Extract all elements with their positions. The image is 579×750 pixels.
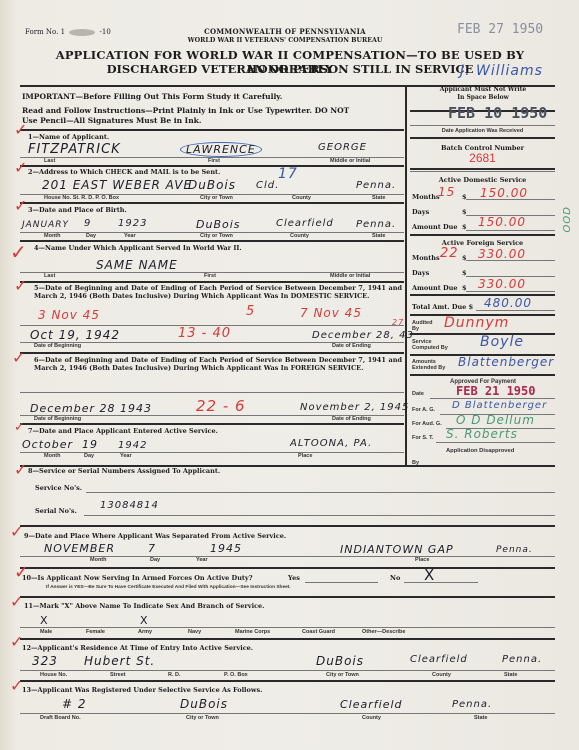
q3-year-caption: Year bbox=[124, 233, 136, 239]
ag-label: For A. G. bbox=[412, 407, 435, 413]
domestic-heading: Active Domestic Service bbox=[410, 176, 555, 184]
rule bbox=[20, 129, 404, 131]
form-paper: Form No. 1 -10 COMMONWEALTH OF PENNSYLVA… bbox=[0, 0, 579, 750]
rule bbox=[84, 515, 555, 516]
q12-rd-caption: R. D. bbox=[168, 672, 181, 678]
rule bbox=[20, 713, 555, 714]
instruction-important: IMPORTANT—Before Filling Out This Form S… bbox=[22, 92, 282, 101]
q11-option-coast-guard: Coast Guard bbox=[302, 629, 335, 635]
domestic-months-value: 15 bbox=[438, 185, 455, 199]
form-title-line-2: DISCHARGED VETERAN OR PERSON STILL IN SE… bbox=[100, 62, 480, 76]
q10-yes-input[interactable] bbox=[305, 582, 378, 583]
foreign-months-label: Months bbox=[412, 254, 440, 262]
q7-year[interactable]: 1942 bbox=[118, 440, 147, 451]
check-mark-icon: ✓ bbox=[14, 460, 27, 479]
q10-no-label: No bbox=[390, 574, 400, 582]
q3-state[interactable]: Penna. bbox=[356, 219, 396, 230]
q3-day[interactable]: 9 bbox=[84, 218, 91, 229]
domestic-months-amount: 150.00 bbox=[480, 186, 528, 200]
q13-county-caption: County bbox=[362, 715, 381, 721]
domestic-amount-label: Amount Due bbox=[412, 223, 457, 231]
form-suffix: -10 bbox=[100, 28, 111, 36]
union-bug-icon bbox=[69, 29, 95, 36]
q2-county-caption: County bbox=[292, 195, 311, 201]
q9-label: 9—Date and Place Where Applicant Was Sep… bbox=[24, 532, 286, 540]
instruction-pencil: Use Pencil—All Signatures Must Be in Ink… bbox=[22, 116, 201, 125]
q7-day-caption: Day bbox=[84, 453, 94, 459]
extended-label: Amounts Extended By bbox=[412, 359, 452, 371]
received-caption: Date Application Was Received bbox=[410, 128, 555, 134]
st-signature: S. Roberts bbox=[446, 427, 518, 441]
q4-served-name[interactable]: SAME NAME bbox=[96, 258, 178, 272]
check-mark-icon: ✓ bbox=[10, 240, 27, 264]
q5-end-caption: Date of Ending bbox=[332, 343, 371, 349]
rule bbox=[20, 165, 404, 167]
q13-state-caption: State bbox=[474, 715, 487, 721]
domestic-months-label: Months bbox=[412, 193, 440, 201]
q3-label: 3—Date and Place of Birth. bbox=[28, 206, 127, 214]
org-line-2: WORLD WAR II VETERANS' COMPENSATION BURE… bbox=[140, 37, 430, 44]
rule bbox=[20, 596, 555, 598]
ag-signature: D Blattenberger bbox=[452, 400, 547, 411]
q4-last-caption: Last bbox=[44, 273, 55, 279]
rule bbox=[466, 291, 555, 292]
total-amount: 480.00 bbox=[484, 296, 532, 310]
q11-mark-army[interactable]: X bbox=[140, 614, 149, 627]
top-date-stamp: FEB 27 1950 bbox=[457, 22, 543, 37]
q9-year-caption: Year bbox=[196, 557, 208, 563]
q12-state-caption: State bbox=[504, 672, 517, 678]
q7-day[interactable]: 19 bbox=[82, 438, 98, 451]
q8-service-label: Service No's. bbox=[35, 484, 82, 492]
rule bbox=[410, 374, 555, 376]
rule bbox=[430, 398, 555, 399]
check-mark-icon: ✓ bbox=[14, 158, 27, 177]
instruction-read: Read and Follow Instructions—Print Plain… bbox=[22, 106, 349, 115]
domestic-days-label: Days bbox=[412, 208, 429, 216]
q12-city[interactable]: DuBois bbox=[316, 654, 364, 668]
received-date-stamp: FEB 10 1950 bbox=[448, 104, 547, 122]
foreign-months-amount: 330.00 bbox=[478, 247, 526, 261]
rule bbox=[20, 392, 404, 393]
q7-month-caption: Month bbox=[44, 453, 61, 459]
extended-signature: Blattenberger bbox=[458, 355, 554, 369]
q13-board[interactable]: # 2 bbox=[62, 697, 87, 711]
rule bbox=[410, 168, 555, 170]
q5-begin-date[interactable]: Oct 19, 1942 bbox=[30, 328, 120, 342]
office-heading-2: In Space Below bbox=[408, 94, 558, 101]
q7-place[interactable]: ALTOONA, PA. bbox=[290, 438, 372, 449]
q2-label: 2—Address to Which CHECK and MAIL is to … bbox=[28, 168, 220, 176]
rule bbox=[410, 294, 555, 296]
q8-serial-label: Serial No's. bbox=[35, 507, 77, 515]
q2-city[interactable]: DuBois bbox=[188, 178, 236, 192]
rule bbox=[20, 352, 404, 354]
q1-middle-caption: Middle or Initial bbox=[330, 158, 370, 164]
q3-city[interactable]: DuBois bbox=[196, 218, 241, 231]
q9-place[interactable]: INDIANTOWN GAP bbox=[340, 543, 454, 556]
q2-state-caption: State bbox=[372, 195, 385, 201]
q10-no-mark: X bbox=[424, 566, 435, 584]
q12-city-caption: City or Town bbox=[326, 672, 359, 678]
rule bbox=[466, 199, 555, 200]
q10-label: 10—Is Applicant Now Serving In Armed For… bbox=[22, 574, 253, 582]
q11-mark-male[interactable]: X bbox=[40, 614, 49, 627]
q12-house[interactable]: 323 bbox=[32, 654, 58, 668]
q1-last-caption: Last bbox=[44, 158, 55, 164]
rule bbox=[20, 202, 404, 204]
org-line-1: COMMONWEALTH OF PENNSYLVANIA bbox=[150, 27, 420, 36]
approved-date-stamp: FEB 21 1950 bbox=[456, 384, 535, 398]
q7-label: 7—Date and Place Applicant Entered Activ… bbox=[28, 427, 218, 435]
q6-begin-date[interactable]: December 28 1943 bbox=[30, 402, 152, 415]
q4-first-caption: First bbox=[204, 273, 216, 279]
check-mark-icon: ✓ bbox=[14, 276, 27, 295]
audited-label: Audited By bbox=[412, 320, 438, 332]
q12-state[interactable]: Penna. bbox=[502, 654, 542, 665]
rule bbox=[20, 638, 555, 640]
q3-month[interactable]: JANUARY bbox=[22, 220, 69, 230]
q11-option-army: Army bbox=[138, 629, 152, 635]
q5-begin-caption: Date of Beginning bbox=[34, 343, 81, 349]
q8-serial-value[interactable]: 13084814 bbox=[100, 500, 159, 511]
domestic-amount-value: 150.00 bbox=[478, 215, 526, 229]
q6-end-date[interactable]: November 2, 1945 bbox=[300, 402, 409, 413]
q7-month[interactable]: October bbox=[22, 438, 73, 451]
check-mark-icon: ✓ bbox=[14, 420, 25, 435]
foreign-days-label: Days bbox=[412, 269, 429, 277]
rule bbox=[410, 125, 555, 126]
total-label: Total Amt. Due $ bbox=[412, 303, 473, 311]
q6-begin-caption: Date of Beginning bbox=[34, 416, 81, 422]
q3-month-caption: Month bbox=[44, 233, 61, 239]
rule bbox=[20, 240, 404, 242]
rule bbox=[20, 567, 555, 569]
q11-option-male: Male bbox=[40, 629, 52, 635]
q2-margin-note: 17 bbox=[278, 166, 298, 182]
q6-label: 6—Date of Beginning and Date of Ending o… bbox=[34, 356, 402, 372]
q10-note: If Answer is YES—Be Sure To Have Certifi… bbox=[46, 585, 291, 590]
q2-street[interactable]: 201 EAST WEBER AVE bbox=[42, 178, 192, 192]
q13-city-caption: City or Town bbox=[186, 715, 219, 721]
check-mark-icon: ✓ bbox=[10, 522, 23, 541]
rule bbox=[410, 137, 555, 139]
approved-date-label: Date bbox=[412, 391, 424, 397]
q2-county[interactable]: Cld. bbox=[256, 180, 279, 191]
rule bbox=[20, 423, 404, 425]
q2-city-caption: City or Town bbox=[200, 195, 233, 201]
q5-note-right: 7 Nov 45 bbox=[300, 306, 362, 320]
q3-city-caption: City or Town bbox=[200, 233, 233, 239]
q1-first-name[interactable]: LAWRENCE bbox=[180, 142, 262, 157]
computed-label: Service Computed By bbox=[412, 339, 448, 351]
q11-option-marine-corps: Marine Corps bbox=[235, 629, 270, 635]
check-mark-icon: ✓ bbox=[12, 348, 25, 367]
rule bbox=[476, 310, 555, 311]
q10-no-input[interactable] bbox=[404, 582, 478, 583]
q11-option-female: Female bbox=[86, 629, 105, 635]
computed-signature: Boyle bbox=[480, 334, 524, 350]
disapproved-label: Application Disapproved bbox=[446, 448, 514, 454]
foreign-amount-label: Amount Due bbox=[412, 284, 457, 292]
margin-note: OOD bbox=[562, 206, 573, 232]
q12-county-caption: County bbox=[432, 672, 451, 678]
q10-yes-label: Yes bbox=[288, 574, 300, 582]
q3-day-caption: Day bbox=[86, 233, 96, 239]
check-mark-icon: ✓ bbox=[14, 120, 27, 139]
q5-calc: 13 - 40 bbox=[178, 326, 231, 341]
q12-house-caption: House No. bbox=[40, 672, 67, 678]
q12-label: 12—Applicant's Residence At Time of Entr… bbox=[22, 644, 253, 652]
q1-label: 1—Name of Applicant. bbox=[28, 133, 109, 141]
q4-middle-caption: Middle or Initial bbox=[330, 273, 370, 279]
q5-note-left: 3 Nov 45 bbox=[38, 308, 100, 322]
q8-service-input[interactable] bbox=[86, 492, 555, 493]
q4-label: 4—Name Under Which Applicant Served In W… bbox=[34, 244, 242, 252]
q9-place-caption: Place bbox=[415, 557, 429, 563]
q3-county[interactable]: Clearfield bbox=[276, 218, 334, 229]
q13-state[interactable]: Penna. bbox=[452, 699, 492, 710]
q12-street[interactable]: Hubert St. bbox=[84, 654, 155, 668]
rule bbox=[20, 452, 404, 453]
q3-year[interactable]: 1923 bbox=[118, 218, 147, 229]
q7-place-caption: Place bbox=[298, 453, 312, 459]
rule bbox=[20, 525, 555, 527]
q12-street-caption: Street bbox=[110, 672, 126, 678]
st-label: For S. T. bbox=[412, 435, 433, 441]
rule bbox=[20, 670, 555, 671]
foreign-months-value: 22 bbox=[440, 246, 459, 261]
rule bbox=[20, 627, 555, 628]
rule bbox=[410, 171, 555, 172]
audg-signature: O D Dellum bbox=[456, 413, 535, 427]
q1-first-caption: First bbox=[208, 158, 220, 164]
batch-number: 2681 bbox=[410, 151, 555, 165]
rule bbox=[436, 442, 555, 443]
q9-month[interactable]: NOVEMBER bbox=[44, 542, 115, 555]
q13-board-caption: Draft Board No. bbox=[40, 715, 81, 721]
q11-option-other: Other—Describe bbox=[362, 629, 405, 635]
q6-calc: 22 - 6 bbox=[196, 397, 246, 415]
q13-county[interactable]: Clearfield bbox=[340, 698, 403, 711]
q6-end-caption: Date of Ending bbox=[332, 416, 371, 422]
q1-middle-name[interactable]: GEORGE bbox=[318, 142, 367, 153]
q5-end-date[interactable]: December 28, 43 bbox=[312, 330, 414, 341]
rule bbox=[20, 680, 555, 682]
form-number-text: Form No. 1 bbox=[25, 28, 65, 36]
q7-year-caption: Year bbox=[120, 453, 132, 459]
audited-signature: Dunnym bbox=[444, 315, 509, 331]
q9-state[interactable]: Penna. bbox=[496, 545, 533, 555]
rule bbox=[466, 260, 555, 261]
q2-street-caption: House No. St. R. D. P. O. Box bbox=[44, 195, 119, 201]
q11-option-navy: Navy bbox=[188, 629, 201, 635]
check-mark-icon: ✓ bbox=[10, 592, 23, 611]
q5-label: 5—Date of Beginning and Date of Ending o… bbox=[34, 284, 402, 300]
office-heading-1: Applicant Must Not Write bbox=[408, 86, 558, 93]
q9-month-caption: Month bbox=[90, 557, 107, 563]
q13-city[interactable]: DuBois bbox=[180, 697, 228, 711]
rule bbox=[20, 281, 404, 283]
q8-label: 8—Service or Serial Numbers Assigned To … bbox=[28, 467, 220, 475]
q9-year[interactable]: 1945 bbox=[210, 542, 242, 555]
audg-label: For Aud. G. bbox=[412, 421, 442, 427]
q13-label: 13—Applicant Was Registered Under Select… bbox=[22, 686, 262, 694]
q2-state[interactable]: Penna. bbox=[356, 180, 396, 191]
q3-county-caption: County bbox=[290, 233, 309, 239]
rule bbox=[466, 230, 555, 231]
q1-last-name[interactable]: FITZPATRICK bbox=[28, 142, 121, 157]
check-mark-icon: ✓ bbox=[14, 196, 27, 215]
foreign-heading: Active Foreign Service bbox=[410, 239, 555, 247]
q9-day[interactable]: 7 bbox=[148, 542, 156, 555]
q12-pobox-caption: P. O. Box bbox=[224, 672, 248, 678]
q3-state-caption: State bbox=[372, 233, 385, 239]
rule bbox=[410, 234, 555, 236]
form-number: Form No. 1 -10 bbox=[25, 28, 111, 36]
q5-note-mid: 5 bbox=[246, 304, 255, 319]
q12-county[interactable]: Clearfield bbox=[410, 654, 468, 665]
q9-day-caption: Day bbox=[150, 557, 160, 563]
q11-label: 11—Mark "X" Above Name To Indicate Sex A… bbox=[24, 602, 264, 610]
top-signature: J. Williams bbox=[460, 63, 543, 79]
foreign-amount-value: 330.00 bbox=[478, 277, 526, 291]
